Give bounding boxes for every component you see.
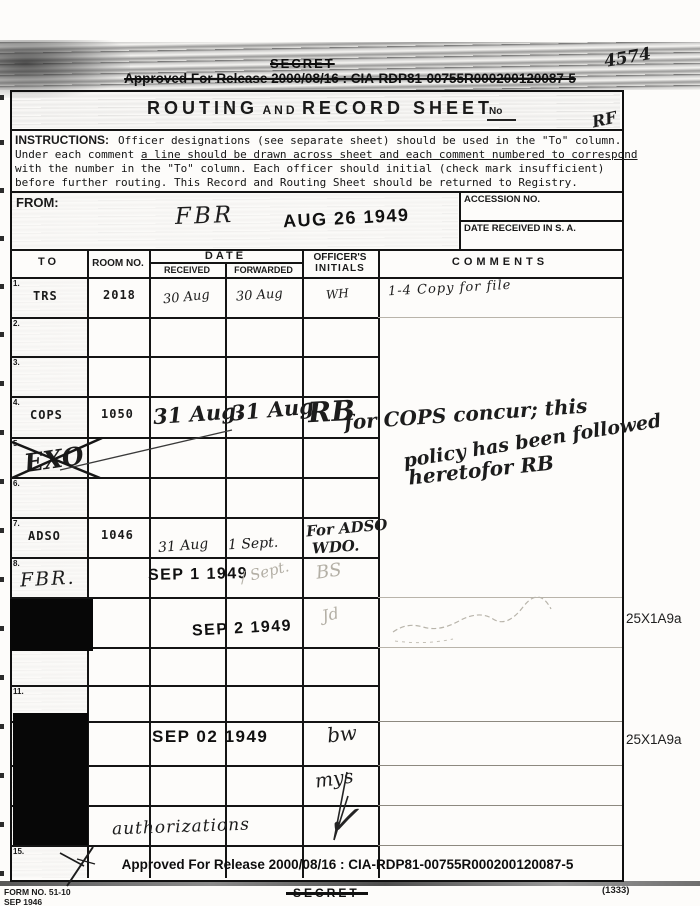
col-header-to: TO [10, 256, 87, 268]
instructions-line2: Under each comment a line should be draw… [15, 148, 638, 161]
col-header-officers: OFFICER'S [302, 252, 378, 263]
row9-initials-handwritten: Jd [320, 603, 340, 625]
approved-release-line-top: Approved For Release 2000/08/16 : CIA-RD… [0, 71, 700, 86]
row-line-faint [378, 317, 622, 318]
approved-release-line-bottom: Approved For Release 2000/08/16 : CIA-RD… [95, 857, 600, 872]
title-routing: ROUTING [147, 98, 258, 118]
row-number: 15. [13, 847, 24, 856]
row-number: 4. [13, 398, 20, 407]
row-line-faint [378, 597, 622, 598]
grid-v-room [149, 249, 151, 878]
footer-print-code: (1333) [602, 885, 629, 896]
col-header-room: ROOM NO. [87, 258, 149, 269]
row-number: 6. [13, 479, 20, 488]
row1-room: 2018 [103, 288, 136, 302]
edge-mark [0, 773, 4, 778]
instructions-line4: before further routing. This Record and … [15, 176, 578, 189]
footer-classification-bar [286, 892, 368, 895]
edge-mark [0, 871, 4, 876]
margin-declass-note-2: 25X1A9a [626, 732, 682, 747]
from-label: FROM: [16, 195, 59, 210]
form-title: ROUTING AND RECORD SHEET [0, 98, 640, 119]
row-number: 7. [13, 519, 20, 528]
row-number: 8. [13, 559, 20, 568]
footer-form-number: FORM NO. 51-10 [4, 887, 71, 897]
instructions-line1: Officer designations (see separate sheet… [118, 134, 621, 147]
title-record-sheet: RECORD SHEET [302, 98, 493, 118]
from-divider [10, 249, 622, 251]
row8-to-handwritten: FBR. [19, 567, 76, 592]
accession-divider [459, 220, 622, 222]
row-line [10, 317, 378, 319]
row-line-faint [378, 721, 622, 722]
row-line-faint [378, 765, 622, 766]
accession-label: ACCESSION NO. [464, 194, 540, 205]
edge-mark [0, 528, 4, 533]
row-line [10, 557, 378, 559]
grid-v-initials [378, 249, 380, 878]
row-line [10, 437, 378, 439]
instructions-label: INSTRUCTIONS: [15, 133, 109, 147]
row4-room: 1050 [101, 407, 134, 421]
row-number: 5. [13, 439, 20, 448]
col-header-date: DATE [149, 250, 302, 262]
row8-initials-handwritten: BS [315, 559, 343, 583]
edge-mark [0, 822, 4, 827]
row-line-faint [378, 647, 622, 648]
instructions-line2b: a line should be drawn across sheet and … [141, 148, 638, 161]
title-divider [10, 129, 622, 131]
title-and: AND [262, 103, 297, 117]
edge-mark [0, 236, 4, 241]
edge-mark [0, 430, 4, 435]
from-value-handwritten: FBR [175, 202, 235, 230]
row7-forwarded-handwritten: 1 Sept. [228, 535, 279, 554]
edge-mark [0, 675, 4, 680]
row1-initials-handwritten: WH [325, 286, 349, 302]
margin-declass-note-1: 25X1A9a [626, 611, 682, 626]
title-no-label: No [487, 106, 516, 121]
row-line-faint [378, 845, 622, 846]
instructions-line2a: Under each comment [15, 148, 141, 161]
row7-initials-line2-handwritten: WDO. [311, 536, 359, 557]
row12-date-stamp: SEP 02 1949 [152, 727, 268, 747]
instructions-divider [10, 191, 622, 193]
row-number: 2. [13, 319, 20, 328]
edge-mark [0, 332, 4, 337]
edge-mark [0, 626, 4, 631]
date-received-sa-label: DATE RECEIVED IN S. A. [464, 223, 576, 234]
row7-room: 1046 [101, 528, 134, 542]
row4-to: COPS [30, 408, 63, 422]
row-line [10, 685, 378, 687]
row-number: 1. [13, 279, 20, 288]
edge-mark [0, 188, 4, 193]
row-number: 11. [13, 687, 24, 696]
edge-mark [0, 284, 4, 289]
row1-to: TRS [33, 289, 58, 303]
edge-mark [0, 724, 4, 729]
col-header-initials: INITIALS [302, 263, 378, 274]
row14-checkmark-handwritten: ✓ [326, 798, 360, 844]
edge-mark [0, 140, 4, 145]
classification-stamp-top: SECRET [270, 56, 335, 71]
row-line-faint [378, 805, 622, 806]
row7-to: ADSO [28, 529, 61, 543]
row-line [10, 356, 378, 358]
row12-initials-handwritten: bw [326, 721, 358, 748]
instructions-line3: with the number in the "To" column. Each… [15, 162, 604, 175]
grid-date-subdivider [149, 262, 302, 264]
redaction-box [10, 599, 93, 651]
footer-form-date: SEP 1946 [4, 897, 42, 906]
grid-v-date [302, 249, 304, 878]
grid-header-bottom [10, 277, 622, 279]
edge-mark [0, 479, 4, 484]
col-header-comments: COMMENTS [378, 256, 622, 268]
row-number: 3. [13, 358, 20, 367]
redaction-box [13, 713, 88, 845]
row-line [10, 517, 378, 519]
edge-mark [0, 381, 4, 386]
row8-date-stamp: SEP 1 1949 [148, 565, 248, 585]
row-line [10, 477, 378, 479]
row-line [10, 845, 378, 847]
col-header-received: RECEIVED [149, 265, 225, 275]
col-header-forwarded: FORWARDED [225, 265, 302, 275]
edge-mark [0, 577, 4, 582]
